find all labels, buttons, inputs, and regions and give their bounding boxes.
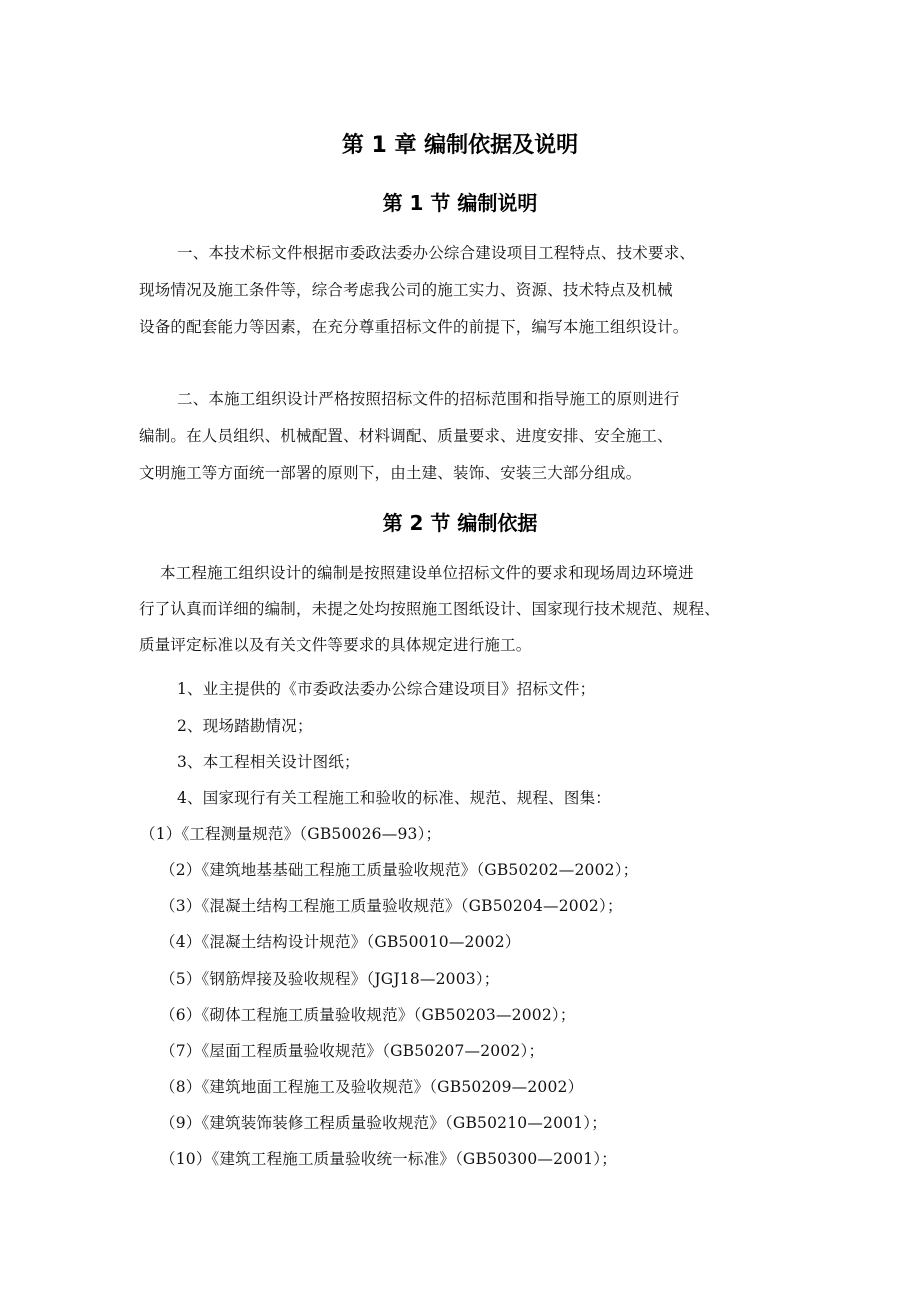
list-item: 3、本工程相关设计图纸； bbox=[177, 750, 360, 774]
list-item: （2）《建筑地基基础工程施工质量验收规范》（GB50202—2002）； bbox=[160, 858, 638, 882]
paragraph-line: 本工程施工组织设计的编制是按照建设单位招标文件的要求和现场周边环境进 bbox=[160, 561, 694, 585]
list-item: （6）《砌体工程施工质量验收规范》（GB50203—2002）； bbox=[160, 1003, 576, 1027]
paragraph-line: 一、本技术标文件根据市委政法委办公综合建设项目工程特点、技术要求、 bbox=[177, 241, 695, 265]
list-item: （3）《混凝土结构工程施工质量验收规范》（GB50204—2002）； bbox=[160, 894, 623, 918]
document-page: 第 1 章 编制依据及说明 第 1 节 编制说明 一、本技术标文件根据市委政法委… bbox=[0, 0, 920, 1302]
section-title-compilation-notes: 第 1 节 编制说明 bbox=[0, 186, 920, 220]
paragraph-line: 行了认真而详细的编制，未提之处均按照施工图纸设计、国家现行技术规范、规程、 bbox=[139, 597, 720, 621]
section-title-compilation-basis: 第 2 节 编制依据 bbox=[0, 506, 920, 540]
paragraph-line: 编制。在人员组织、机械配置、材料调配、质量要求、进度安排、安全施工、 bbox=[139, 424, 673, 448]
paragraph-line: 质量评定标准以及有关文件等要求的具体规定进行施工。 bbox=[139, 633, 532, 657]
list-item: （7）《屋面工程质量验收规范》（GB50207—2002）； bbox=[160, 1039, 544, 1063]
chapter-title: 第 1 章 编制依据及说明 bbox=[0, 128, 920, 164]
list-item: （10）《建筑工程施工质量验收统一标准》（GB50300—2001）； bbox=[160, 1147, 617, 1171]
paragraph-line: 现场情况及施工条件等，综合考虑我公司的施工实力、资源、技术特点及机械 bbox=[139, 278, 673, 302]
list-item: 4、国家现行有关工程施工和验收的标准、规范、规程、图集： bbox=[177, 786, 611, 810]
list-item: （4）《混凝土结构设计规范》（GB50010—2002） bbox=[160, 930, 521, 954]
paragraph-line: 文明施工等方面统一部署的原则下，由土建、装饰、安装三大部分组成。 bbox=[139, 461, 641, 485]
list-item: （9）《建筑装饰装修工程质量验收规范》（GB50210—2001）； bbox=[160, 1111, 607, 1135]
list-item: 1、业主提供的《市委政法委办公综合建设项目》招标文件； bbox=[177, 677, 595, 701]
list-item: 2、现场踏勘情况； bbox=[177, 714, 313, 738]
paragraph-line: 二、本施工组织设计严格按照招标文件的招标范围和指导施工的原则进行 bbox=[177, 387, 679, 411]
paragraph-line: 设备的配套能力等因素，在充分尊重招标文件的前提下，编写本施工组织设计。 bbox=[139, 315, 689, 339]
list-item: （8）《建筑地面工程施工及验收规范》（GB50209—2002） bbox=[160, 1075, 583, 1099]
list-item: （1）《工程测量规范》（GB50026—93）； bbox=[140, 822, 441, 846]
list-item: （5）《钢筋焊接及验收规程》（JGJ18—2003）； bbox=[160, 967, 500, 991]
